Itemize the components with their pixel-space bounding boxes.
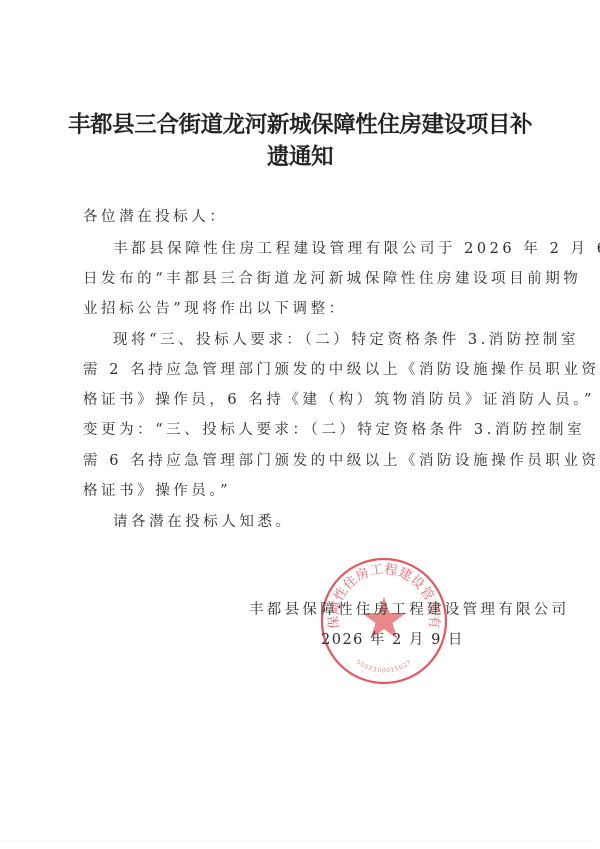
page-edge-shadow [0, 840, 590, 843]
document-title-line-2: 遗通知 [60, 139, 540, 171]
body-line: 日发布的“丰都县三合街道龙河新城保障性住房建设项目前期物 [83, 267, 581, 288]
document-page: 丰都县三合街道龙河新城保障性住房建设项目补 遗通知 各位潜在投标人： 丰都县保障… [0, 0, 600, 849]
body-line: 格证书》操作员。” [83, 479, 231, 500]
signature-company: 丰都县保障性住房工程建设管理有限公司 [249, 598, 569, 619]
body-line: 格证书》操作员，6 名持《建（构）筑物消防员》证消防人员。” [83, 388, 595, 409]
signature-date: 2026 年 2 月 9 日 [321, 628, 464, 649]
body-line: 需 2 名持应急管理部门颁发的中级以上《消防设施操作员职业资 [83, 358, 599, 379]
official-seal-icon: 丰都县保障性住房工程建设管理有限公司 5002300015027 [318, 555, 450, 687]
svg-text:5002300015027: 5002300015027 [355, 659, 414, 675]
body-line: 变更为：“三、投标人要求：（二）特定资格条件 3.消防控制室 [83, 418, 585, 439]
body-line: 业招标公告”现将作出以下调整： [83, 297, 347, 318]
salutation: 各位潜在投标人： [83, 205, 227, 226]
closing-line: 请各潜在投标人知悉。 [113, 510, 294, 531]
body-line: 需 6 名持应急管理部门颁发的中级以上《消防设施操作员职业资 [83, 449, 599, 470]
body-line: 现将“三、投标人要求：（二）特定资格条件 3.消防控制室 [113, 328, 579, 349]
document-title-line-1: 丰都县三合街道龙河新城保障性住房建设项目补 [60, 107, 540, 139]
body-line: 丰都县保障性住房工程建设管理有限公司于 2026 年 2 月 6 [113, 237, 600, 258]
